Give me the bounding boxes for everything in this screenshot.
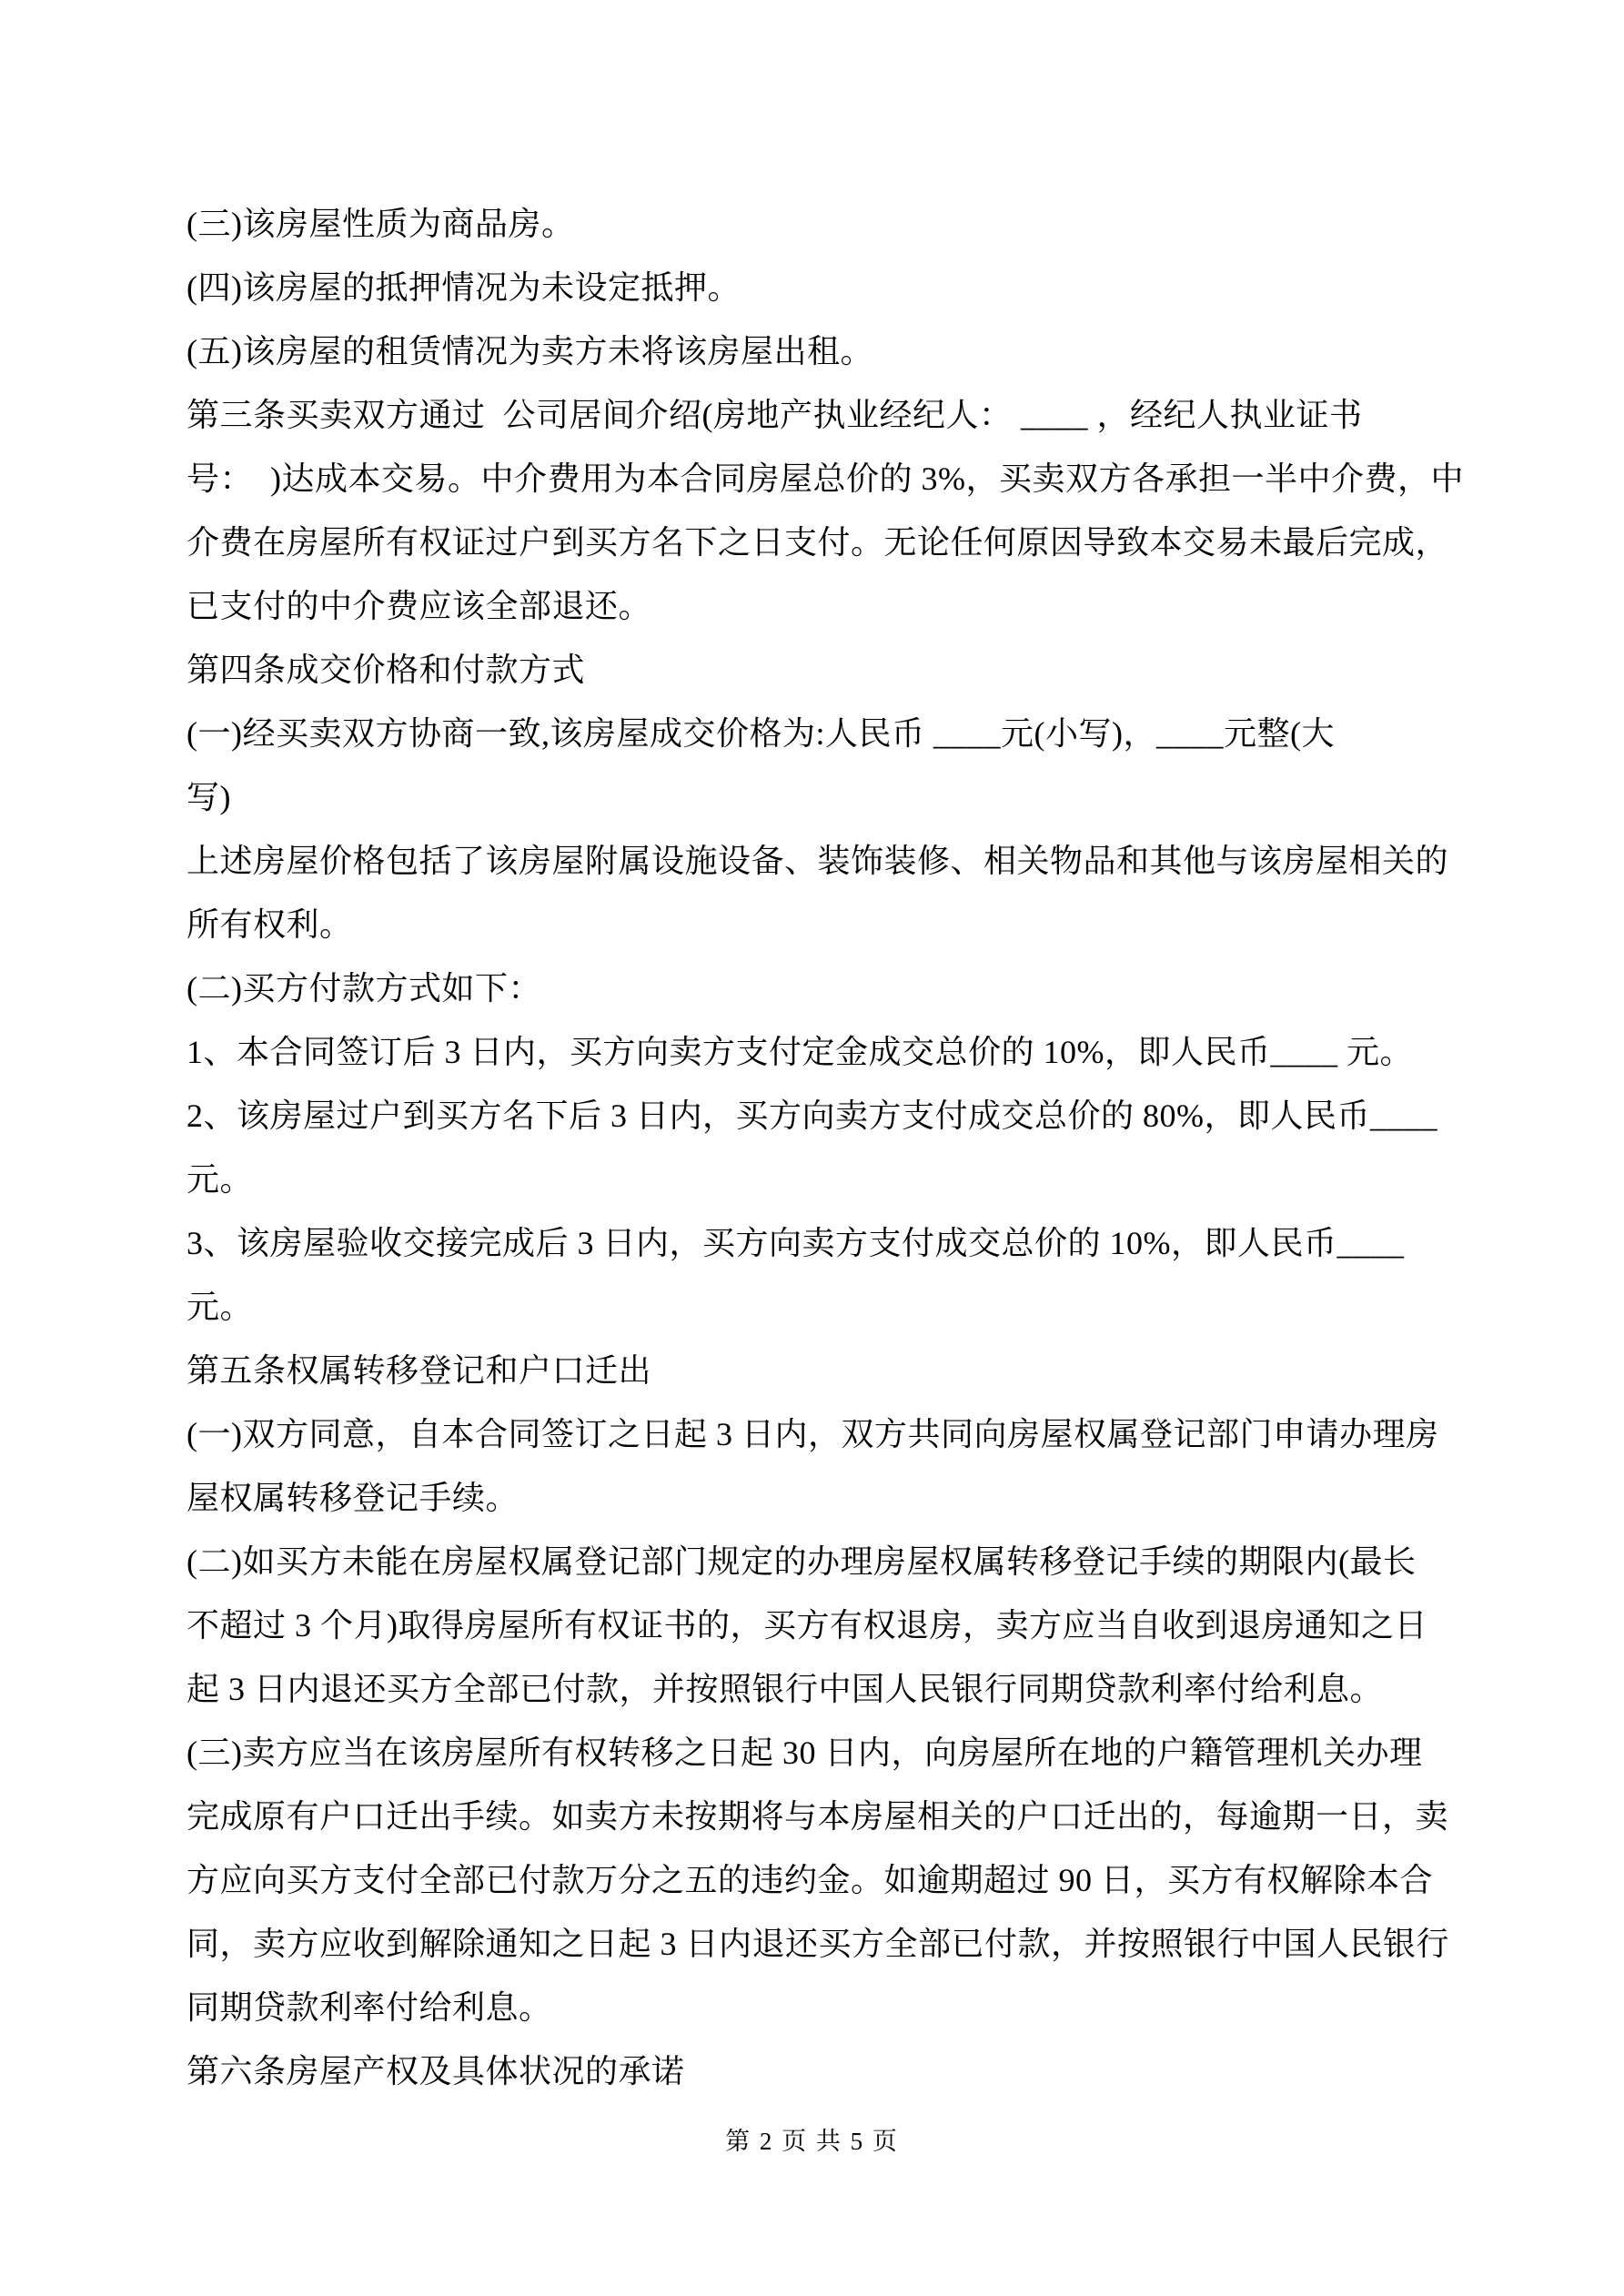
text-line: (一)经买卖双方协商一致,该房屋成交价格为:人民币 ____元(小写)，____…: [187, 702, 1497, 765]
text-line: 同，卖方应收到解除通知之日起 3 日内退还买方全部已付款，并按照银行中国人民银行: [187, 1912, 1497, 1976]
text-line: 号： )达成本交易。中介费用为本合同房屋总价的 3%，买卖双方各承担一半中介费，…: [187, 447, 1497, 511]
text-line: 起 3 日内退还买方全部已付款，并按照银行中国人民银行同期贷款利率付给利息。: [187, 1657, 1497, 1721]
text-line: 第四条成交价格和付款方式: [187, 638, 1497, 702]
text-line: 元。: [187, 1275, 1497, 1339]
text-line: 第三条买卖双方通过 公司居间介绍(房地产执业经纪人： ____ ，经纪人执业证书: [187, 383, 1497, 447]
text-line: 第六条房屋产权及具体状况的承诺: [187, 2039, 1497, 2103]
contract-body: (三)该房屋性质为商品房。(四)该房屋的抵押情况为未设定抵押。(五)该房屋的租赁…: [187, 192, 1497, 2103]
contract-page: (三)该房屋性质为商品房。(四)该房屋的抵押情况为未设定抵押。(五)该房屋的租赁…: [0, 0, 1624, 2296]
text-line: 介费在房屋所有权证过户到买方名下之日支付。无论任何原因导致本交易未最后完成，: [187, 511, 1497, 574]
text-line: 写): [187, 765, 1497, 829]
text-line: 屋权属转移登记手续。: [187, 1466, 1497, 1530]
text-line: (一)双方同意，自本合同签订之日起 3 日内，双方共同向房屋权属登记部门申请办理…: [187, 1402, 1497, 1466]
text-line: (三)该房屋性质为商品房。: [187, 192, 1497, 256]
text-line: 元。: [187, 1148, 1497, 1211]
text-line: 完成原有户口迁出手续。如卖方未按期将与本房屋相关的户口迁出的，每逾期一日，卖: [187, 1785, 1497, 1848]
text-line: 同期贷款利率付给利息。: [187, 1976, 1497, 2039]
text-line: 上述房屋价格包括了该房屋附属设施设备、装饰装修、相关物品和其他与该房屋相关的: [187, 829, 1497, 893]
text-line: (二)如买方未能在房屋权属登记部门规定的办理房屋权属转移登记手续的期限内(最长: [187, 1530, 1497, 1593]
text-line: 1、本合同签订后 3 日内，买方向卖方支付定金成交总价的 10%，即人民币___…: [187, 1020, 1497, 1084]
text-line: 所有权利。: [187, 893, 1497, 956]
text-line: (五)该房屋的租赁情况为卖方未将该房屋出租。: [187, 319, 1497, 383]
text-line: (三)卖方应当在该房屋所有权转移之日起 30 日内，向房屋所在地的户籍管理机关办…: [187, 1721, 1497, 1785]
text-line: 2、该房屋过户到买方名下后 3 日内，买方向卖方支付成交总价的 80%，即人民币…: [187, 1084, 1497, 1148]
page-footer: 第 2 页 共 5 页: [0, 2123, 1624, 2159]
text-line: (二)买方付款方式如下：: [187, 956, 1497, 1020]
text-line: 不超过 3 个月)取得房屋所有权证书的，买方有权退房，卖方应当自收到退房通知之日: [187, 1593, 1497, 1657]
text-line: 3、该房屋验收交接完成后 3 日内，买方向卖方支付成交总价的 10%，即人民币_…: [187, 1211, 1497, 1275]
text-line: (四)该房屋的抵押情况为未设定抵押。: [187, 256, 1497, 319]
text-line: 方应向买方支付全部已付款万分之五的违约金。如逾期超过 90 日，买方有权解除本合: [187, 1848, 1497, 1912]
page-number-text: 第 2 页 共 5 页: [725, 2128, 899, 2155]
text-line: 已支付的中介费应该全部退还。: [187, 574, 1497, 638]
text-line: 第五条权属转移登记和户口迁出: [187, 1339, 1497, 1402]
